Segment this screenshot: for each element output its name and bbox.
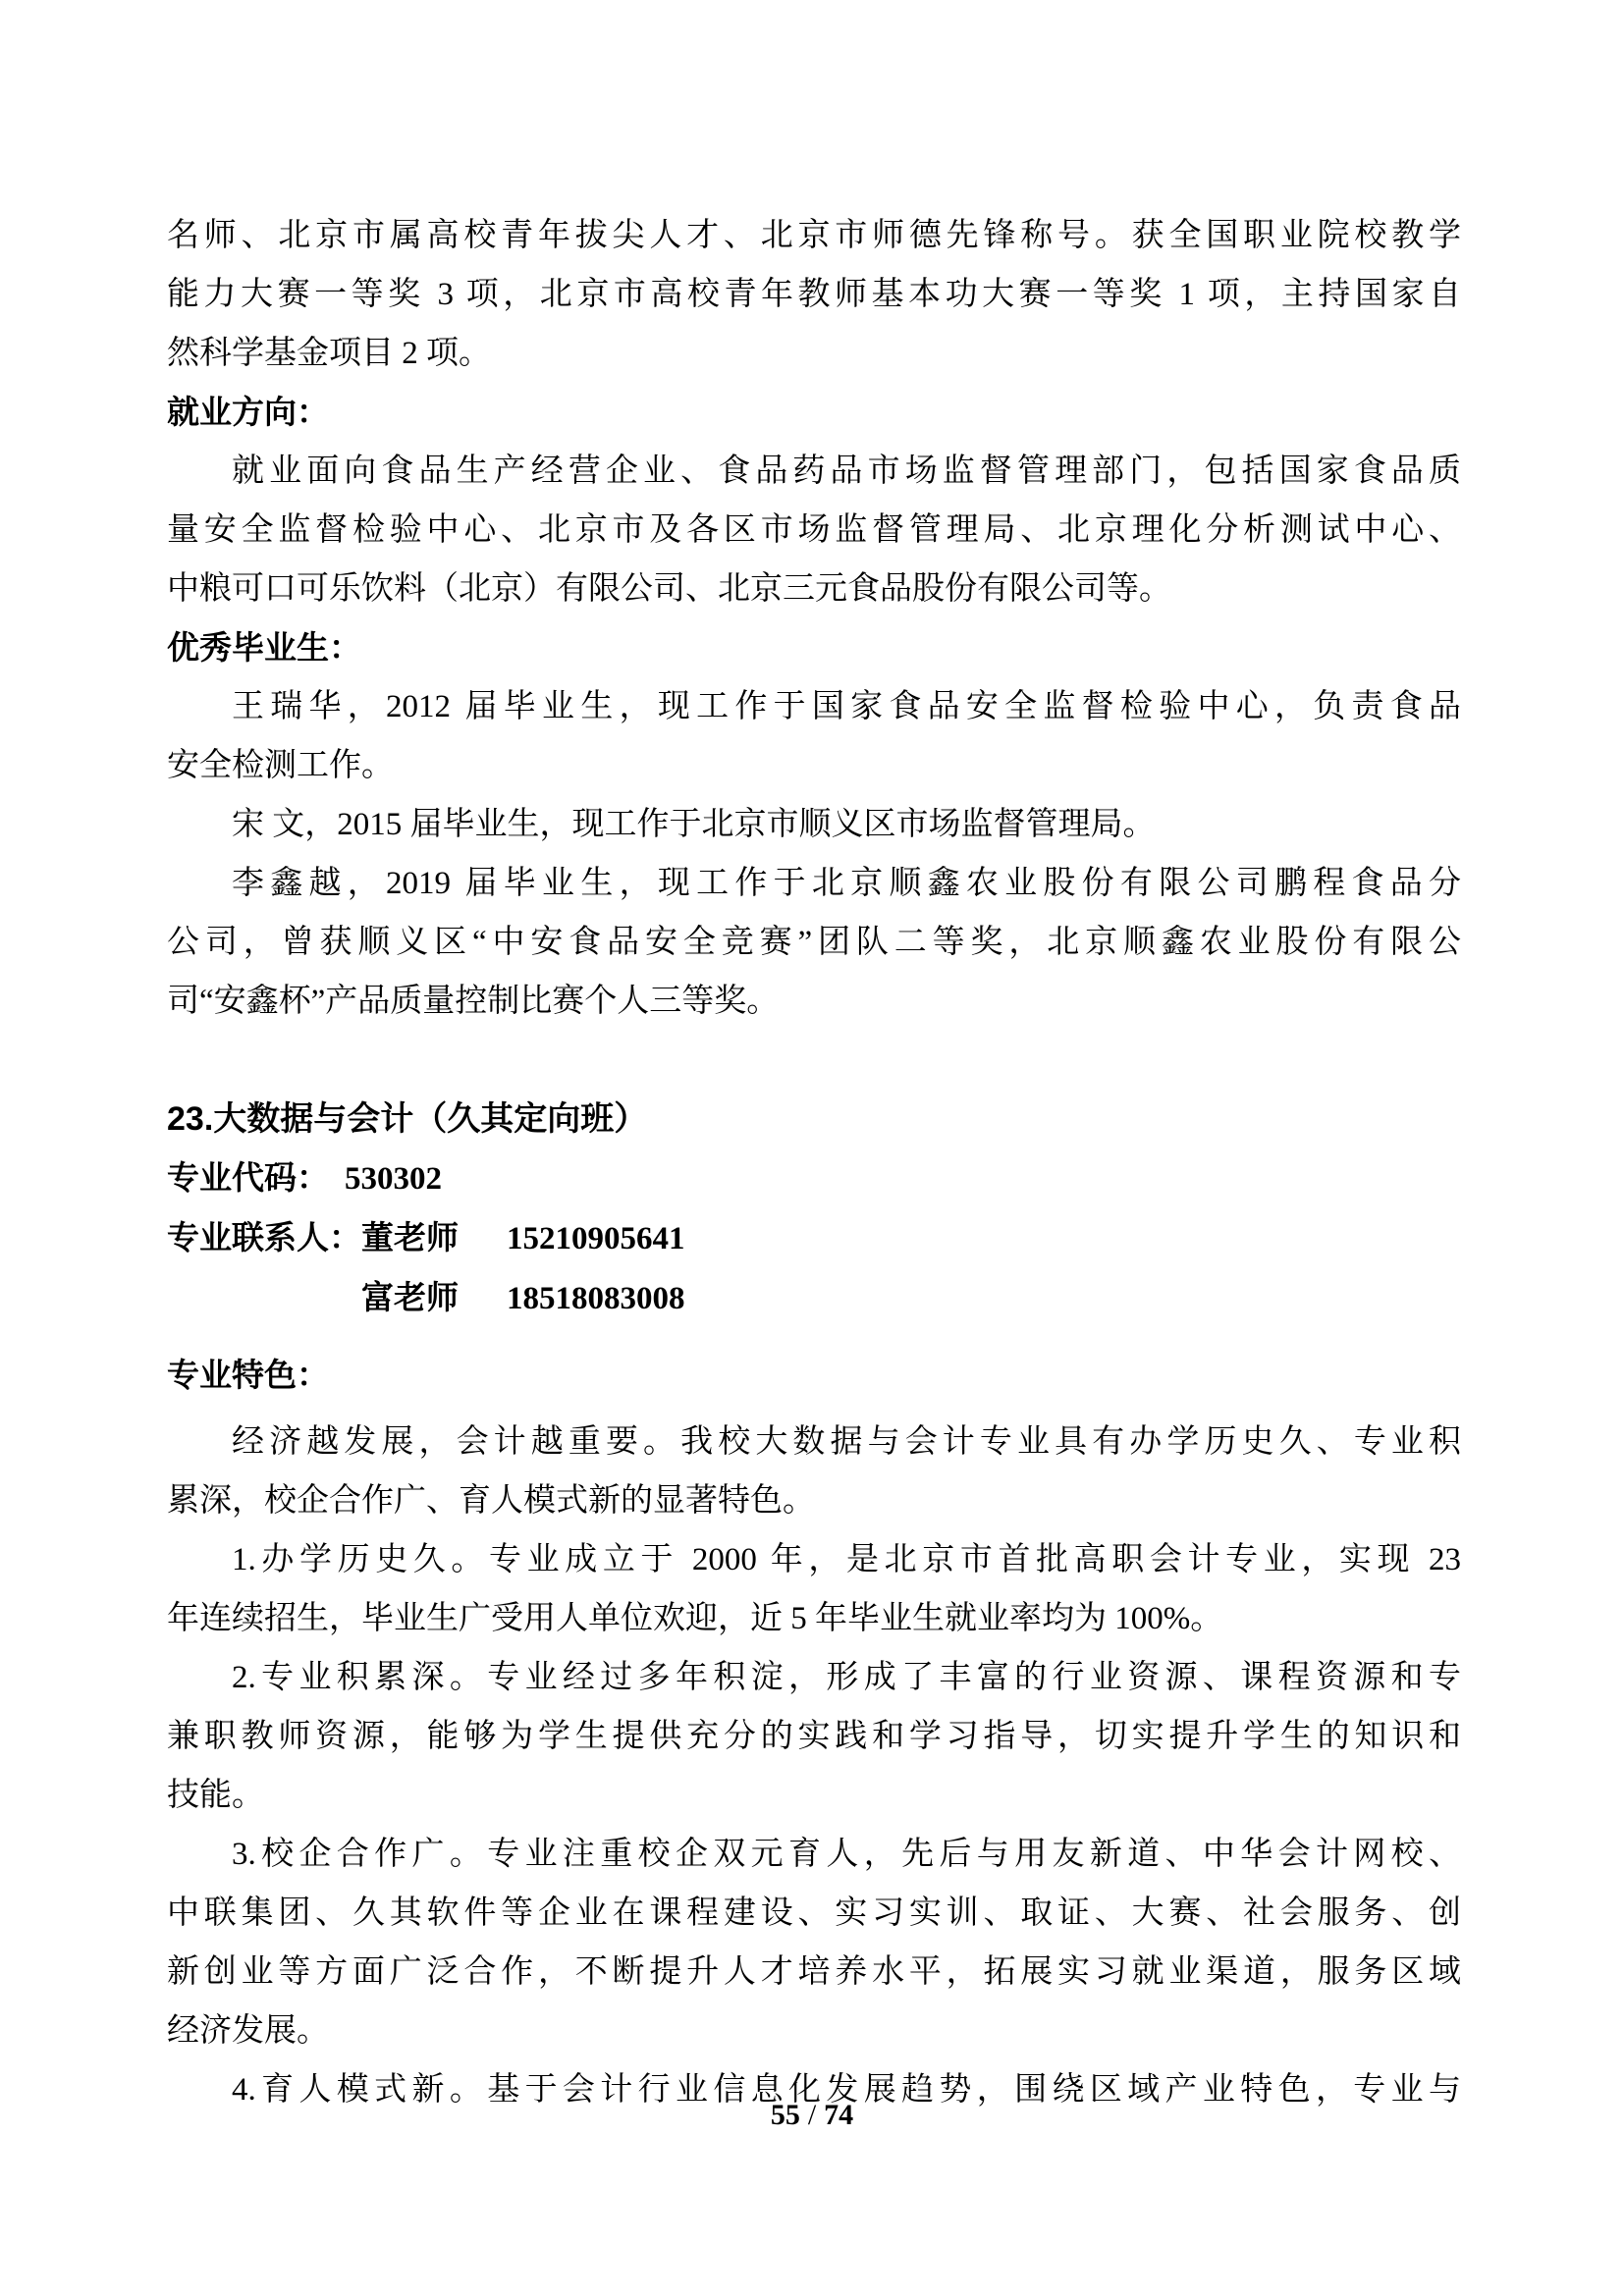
- text-line: 量安全监督检验中心、北京市及各区市场监督管理局、北京理化分析测试中心、: [167, 501, 1461, 560]
- text-line: 公司，曾获顺义区“中安食品安全竞赛”团队二等奖，北京顺鑫农业股份有限公: [167, 913, 1461, 972]
- text-line: 宋 文，2015 届毕业生，现工作于北京市顺义区市场监督管理局。: [167, 795, 1461, 854]
- text-line: 技能。: [167, 1766, 1461, 1825]
- text-line: 中联集团、久其软件等企业在课程建设、实习实训、取证、大赛、社会服务、创: [167, 1884, 1461, 1943]
- text-line: 中粮可口可乐饮料（北京）有限公司、北京三元食品股份有限公司等。: [167, 560, 1461, 618]
- contact-phone-number: 18518083008: [507, 1281, 685, 1316]
- text-line: 年连续招生，毕业生广受用人单位欢迎，近 5 年毕业生就业率均为 100%。: [167, 1589, 1461, 1648]
- text-line: 累深，校企合作广、育人模式新的显著特色。: [167, 1471, 1461, 1530]
- contact-line: 专业联系人：董老师15210905641: [167, 1208, 1461, 1268]
- heading-line: 23.大数据与会计（久其定向班）: [167, 1090, 1461, 1148]
- text-line: 就业面向食品生产经营企业、食品药品市场监督管理部门，包括国家食品质: [167, 442, 1461, 501]
- contact-phone-number: 15210905641: [507, 1221, 685, 1256]
- page-number-current: 55: [771, 2099, 800, 2131]
- contact-label: 专业代码：: [167, 1148, 329, 1207]
- heading-line: 就业方向：: [167, 383, 1461, 442]
- major-code-value: 530302: [345, 1161, 442, 1197]
- contact-person-name: 富老师: [361, 1268, 491, 1327]
- page-number-total: 74: [824, 2099, 853, 2131]
- text-line: 新创业等方面广泛合作，不断提升人才培养水平，拓展实习就业渠道，服务区域: [167, 1943, 1461, 2002]
- text-line: 3.校企合作广。专业注重校企双元育人，先后与用友新道、中华会计网校、: [167, 1825, 1461, 1884]
- page-footer: 55/74: [0, 2099, 1624, 2132]
- text-line: 兼职教师资源，能够为学生提供充分的实践和学习指导，切实提升学生的知识和: [167, 1707, 1461, 1766]
- contact-person-name: 董老师: [361, 1208, 491, 1267]
- text-line: 安全检测工作。: [167, 736, 1461, 795]
- text-line: 经济越发展，会计越重要。我校大数据与会计专业具有办学历史久、专业积: [167, 1413, 1461, 1471]
- text-line: 能力大赛一等奖 3 项，北京市高校青年教师基本功大赛一等奖 1 项，主持国家自: [167, 265, 1461, 324]
- text-line: 1.办学历史久。专业成立于 2000 年，是北京市首批高职会计专业，实现 23: [167, 1530, 1461, 1589]
- text-line: 名师、北京市属高校青年拔尖人才、北京市师德先锋称号。获全国职业院校教学: [167, 206, 1461, 265]
- text-line: 经济发展。: [167, 2002, 1461, 2060]
- heading-line: 优秀毕业生：: [167, 618, 1461, 677]
- contact-line: 专业代码：530302: [167, 1148, 1461, 1208]
- document-page: 名师、北京市属高校青年拔尖人才、北京市师德先锋称号。获全国职业院校教学能力大赛一…: [0, 0, 1624, 2296]
- contact-label: 专业联系人：: [167, 1208, 361, 1267]
- page-number-separator: /: [808, 2099, 816, 2131]
- document-body: 名师、北京市属高校青年拔尖人才、北京市师德先锋称号。获全国职业院校教学能力大赛一…: [167, 206, 1461, 2119]
- contact-line: 富老师18518083008: [167, 1268, 1461, 1328]
- heading-line: 专业特色：: [167, 1346, 1461, 1405]
- text-line: 2.专业积累深。专业经过多年积淀，形成了丰富的行业资源、课程资源和专: [167, 1648, 1461, 1707]
- text-line: 然科学基金项目 2 项。: [167, 324, 1461, 383]
- text-line: 李鑫越，2019 届毕业生，现工作于北京顺鑫农业股份有限公司鹏程食品分: [167, 854, 1461, 913]
- blank-line: [167, 1031, 1461, 1090]
- text-line: 王瑞华，2012 届毕业生，现工作于国家食品安全监督检验中心，负责食品: [167, 677, 1461, 736]
- text-line: 司“安鑫杯”产品质量控制比赛个人三等奖。: [167, 972, 1461, 1031]
